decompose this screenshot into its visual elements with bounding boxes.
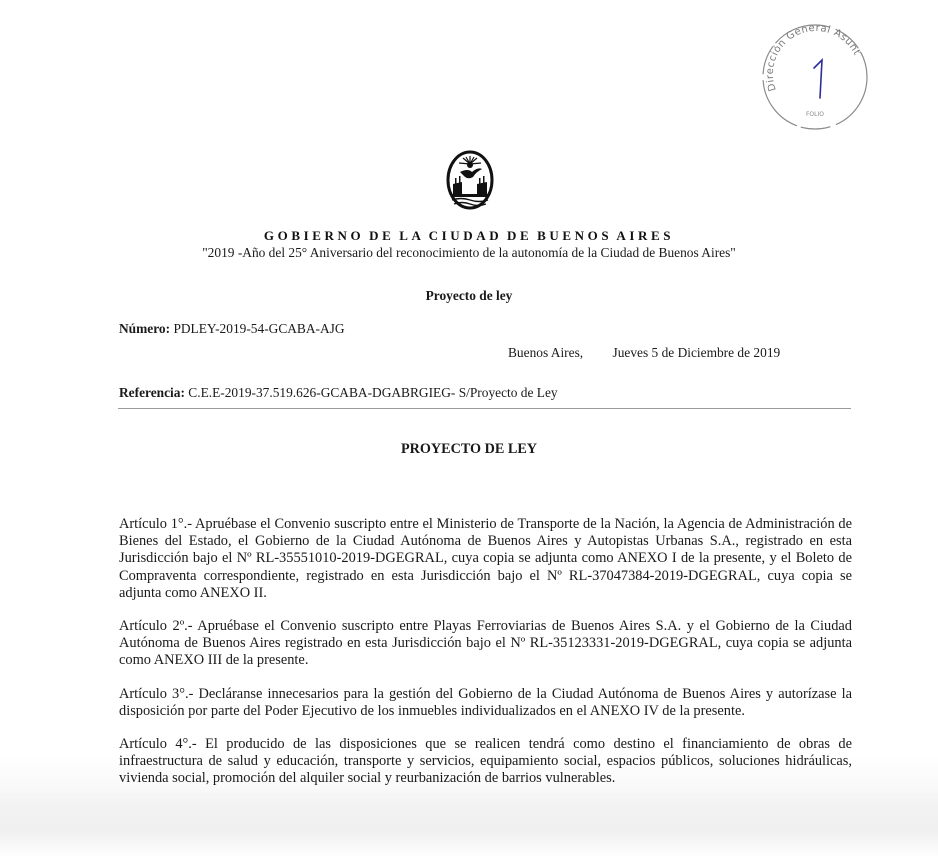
document-number: Número: PDLEY-2019-54-GCABA-AJG bbox=[119, 321, 345, 337]
article-1: Artículo 1°.- Apruébase el Convenio susc… bbox=[119, 516, 852, 602]
svg-text:Dirección General Asuntos: Dirección General Asuntos bbox=[756, 18, 862, 92]
stamp-ring-text: Dirección General Asuntos bbox=[756, 18, 862, 92]
place-and-date: Buenos Aires, Jueves 5 de Diciembre de 2… bbox=[508, 345, 780, 361]
government-name: GOBIERNO DE LA CIUDAD DE BUENOS AIRES bbox=[0, 228, 938, 244]
document-page: Dirección General Asuntos FOLIO bbox=[0, 0, 938, 858]
date: Jueves 5 de Diciembre de 2019 bbox=[613, 345, 781, 360]
article-2: Artículo 2º.- Apruébase el Convenio susc… bbox=[119, 618, 852, 670]
referencia-value: C.E.E-2019-37.519.626-GCABA-DGABRGIEG- S… bbox=[188, 385, 557, 400]
folio-stamp: Dirección General Asuntos FOLIO bbox=[756, 18, 874, 136]
city-crest bbox=[446, 150, 494, 210]
referencia-label: Referencia: bbox=[119, 385, 185, 400]
article-3: Artículo 3°.- Decláranse innecesarios pa… bbox=[119, 686, 852, 720]
place: Buenos Aires, bbox=[508, 345, 583, 360]
stamp-folio-label: FOLIO bbox=[806, 111, 824, 118]
stamp-icon: Dirección General Asuntos FOLIO bbox=[756, 18, 874, 136]
numero-value: PDLEY-2019-54-GCABA-AJG bbox=[173, 321, 344, 336]
year-motto: "2019 -Año del 25° Aniversario del recon… bbox=[0, 245, 938, 261]
folio-number-handwritten bbox=[814, 60, 822, 98]
coat-of-arms-icon bbox=[446, 150, 494, 210]
section-heading: PROYECTO DE LEY bbox=[0, 441, 938, 458]
divider bbox=[118, 408, 851, 409]
numero-label: Número: bbox=[119, 321, 170, 336]
articles-list: Artículo 1°.- Apruébase el Convenio susc… bbox=[119, 516, 852, 804]
article-4: Artículo 4°.- El producido de las dispos… bbox=[119, 736, 852, 788]
reference: Referencia: C.E.E-2019-37.519.626-GCABA-… bbox=[119, 385, 558, 401]
document-type: Proyecto de ley bbox=[0, 288, 938, 304]
